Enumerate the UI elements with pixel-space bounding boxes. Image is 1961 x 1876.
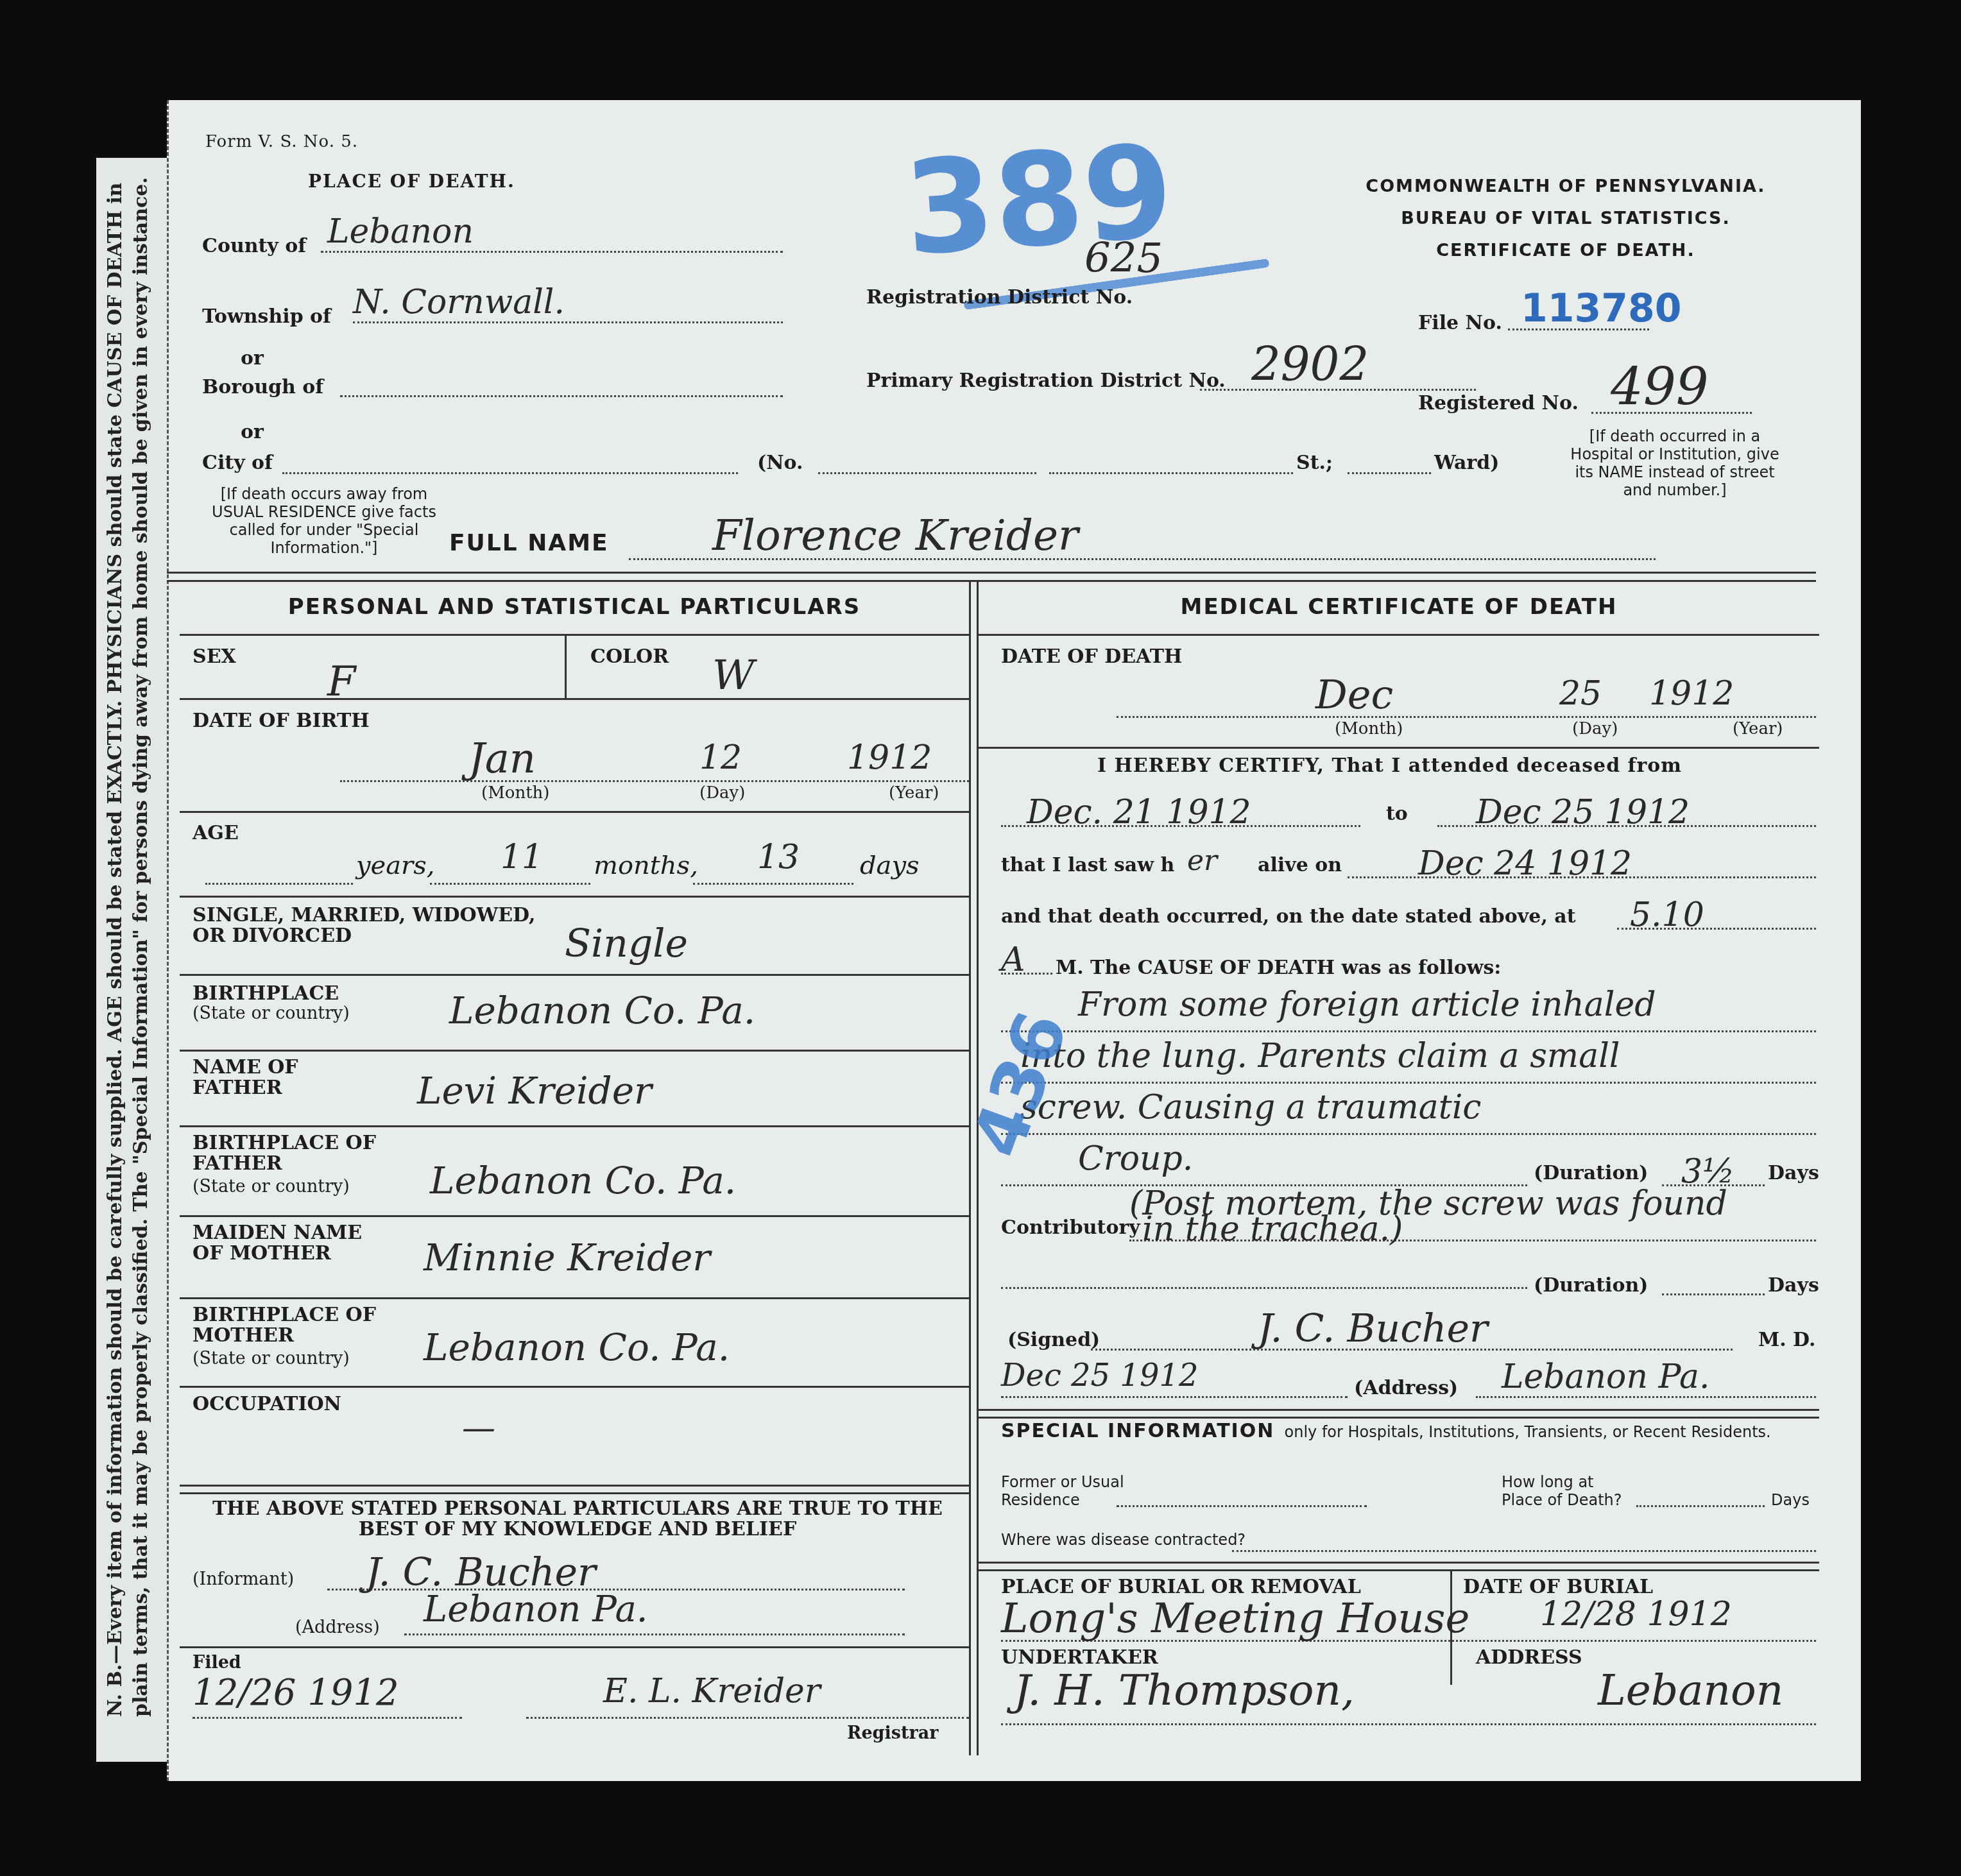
am-pm-field: A (1001, 941, 1052, 975)
cause-line-1-text: From some foreign article inhaled (1078, 985, 1656, 1024)
row-rule (180, 974, 969, 976)
section-divider-top-2 (167, 580, 1816, 582)
registration-district-label: Registration District No. (866, 286, 1133, 309)
how-long-label: How long at Place of Death? (1502, 1473, 1630, 1509)
street-number-field (818, 459, 1036, 474)
to-word: to (1386, 803, 1408, 825)
usual-residence-note: [If death occurs away from USUAL RESIDEN… (202, 485, 446, 557)
cause-line-3: screw. Causing a traumatic (1001, 1088, 1816, 1135)
column-divider (969, 581, 971, 1755)
age-years-word: years, (356, 851, 434, 880)
registrar-value: E. L. Kreider (603, 1672, 821, 1710)
row-rule (180, 1215, 969, 1217)
dob-month-caption: (Month) (481, 783, 550, 803)
dod-day-caption: (Day) (1572, 719, 1618, 738)
date-of-death-label: DATE OF DEATH (1001, 645, 1182, 668)
how-long-field (1636, 1492, 1765, 1507)
row-rule (180, 1297, 969, 1299)
full-name-field: Florence Kreider (629, 511, 1656, 560)
dod-day: 25 (1559, 674, 1602, 713)
attended-from-field: Dec. 21 1912 (1001, 793, 1360, 827)
row-rule (180, 1125, 969, 1127)
undertaker-row: J. H. Thompson, Lebanon (1001, 1666, 1816, 1725)
cause-line-4: Croup. (1001, 1139, 1527, 1186)
cause-line-3-text: screw. Causing a traumatic (1020, 1088, 1481, 1127)
authority-line-2: BUREAU OF VITAL STATISTICS. (1277, 203, 1854, 235)
birthplace-value: Lebanon Co. Pa. (449, 989, 755, 1032)
last-saw-date-value: Dec 24 1912 (1418, 844, 1632, 883)
full-name-label: FULL NAME (449, 530, 609, 556)
burial-date-value: 12/28 1912 (1540, 1595, 1732, 1633)
primary-district-field: 2902 (1200, 337, 1476, 391)
filed-value: 12/26 1912 (193, 1672, 399, 1714)
registered-number-field: 499 (1591, 357, 1752, 414)
dob-label: DATE OF BIRTH (193, 710, 370, 732)
birthplace-sub: (State or country) (193, 1003, 350, 1023)
full-name-value: Florence Kreider (712, 511, 1079, 560)
disease-contracted-label: Where was disease contracted? (1001, 1531, 1246, 1549)
cause-intro: M. The CAUSE OF DEATH was as follows: (1056, 957, 1501, 979)
registrar-label: Registrar (847, 1723, 938, 1743)
cause-line-1: From some foreign article inhaled (1001, 985, 1816, 1032)
marital-status-value: Single (565, 921, 688, 966)
primary-district-value: 2902 (1251, 337, 1369, 391)
attended-to-field: Dec 25 1912 (1437, 793, 1816, 827)
registration-district-value: 625 (1084, 235, 1163, 282)
personal-heading: PERSONAL AND STATISTICAL PARTICULARS (180, 594, 969, 620)
filed-label: Filed (193, 1653, 241, 1673)
father-birthplace-label: BIRTHPLACE OF FATHER (193, 1133, 385, 1174)
dod-month-caption: (Month) (1335, 719, 1403, 738)
dod-year: 1912 (1649, 674, 1734, 713)
signed-date-field: Dec 25 1912 (1001, 1358, 1348, 1398)
section-divider-top (167, 572, 1816, 574)
row-rule (979, 1562, 1819, 1564)
street-name-field (1049, 459, 1293, 474)
township-field: N. Cornwall. (353, 283, 783, 323)
time-of-death-value: 5.10 (1630, 896, 1704, 934)
undertaker-address-value: Lebanon (1598, 1666, 1783, 1715)
contributory-field: in the trachea.) (1129, 1197, 1816, 1241)
row-rule (979, 634, 1819, 636)
cause-line-2: into the lung. Parents claim a small (1001, 1037, 1816, 1084)
certify-text: I HEREBY CERTIFY, That I attended deceas… (1097, 755, 1682, 777)
age-years-field (205, 876, 353, 885)
birthplace-label: BIRTHPLACE (193, 982, 339, 1005)
margin-instructions: N. B.—Every item of information should b… (103, 126, 154, 1717)
row-rule (180, 1050, 969, 1052)
place-of-death-heading: PLACE OF DEATH. (308, 171, 515, 192)
alive-on-label: alive on (1258, 854, 1342, 876)
age-days-field (693, 876, 853, 885)
city-field (282, 459, 738, 474)
duration-days-label: Days (1768, 1162, 1819, 1184)
dod-year-caption: (Year) (1733, 719, 1783, 738)
age-days-word: days (860, 851, 920, 880)
informant-attestation: THE ABOVE STATED PERSONAL PARTICULARS AR… (193, 1499, 963, 1540)
age-months-word: months, (594, 851, 698, 880)
age-months-field (430, 876, 590, 885)
last-saw-label: that I last saw h (1001, 854, 1174, 876)
physician-address-field: Lebanon Pa. (1476, 1358, 1816, 1398)
filed-field: 12/26 1912 (193, 1672, 462, 1719)
md-label: M. D. (1758, 1329, 1816, 1351)
contributory-duration-label: (Duration) (1534, 1274, 1648, 1297)
mother-maiden-name-value: Minnie Kreider (424, 1236, 710, 1279)
signed-date-value: Dec 25 1912 (1001, 1358, 1199, 1394)
county-field: Lebanon (321, 212, 783, 253)
county-label: County of (202, 235, 306, 257)
father-birthplace-sub: (State or country) (193, 1177, 350, 1197)
dob-year-caption: (Year) (889, 783, 939, 803)
contributory-days-label: Days (1768, 1274, 1819, 1297)
registered-number-label: Registered No. (1418, 392, 1579, 414)
mother-birthplace-sub: (State or country) (193, 1349, 350, 1369)
or-separator-1: or (241, 347, 264, 370)
dob-year: 1912 (847, 738, 932, 777)
row-rule (979, 1569, 1819, 1571)
cause-line-2-text: into the lung. Parents claim a small (1020, 1037, 1620, 1075)
physician-address-value: Lebanon Pa. (1502, 1358, 1710, 1396)
contributory-line-blank (1001, 1255, 1527, 1289)
dob-day: 12 (699, 738, 742, 777)
registrar-field: E. L. Kreider (526, 1672, 969, 1719)
dob-month: Jan (468, 735, 536, 783)
special-information-heading: SPECIAL INFORMATION (1001, 1420, 1274, 1442)
attended-to-value: Dec 25 1912 (1476, 793, 1690, 831)
age-days-value: 13 (757, 838, 800, 876)
contributory-line-2: in the trachea.) (1142, 1210, 1403, 1249)
dob-day-caption: (Day) (699, 783, 745, 803)
row-rule (180, 1485, 969, 1487)
hospital-note: [If death occurred in a Hospital or Inst… (1559, 427, 1790, 499)
row-rule (979, 1409, 1819, 1411)
perforation-line (167, 100, 171, 1781)
how-long-days-label: Days (1771, 1491, 1810, 1509)
mother-birthplace-label: BIRTHPLACE OF MOTHER (193, 1305, 385, 1346)
age-months-value: 11 (501, 838, 543, 876)
township-value: N. Cornwall. (353, 283, 565, 321)
occupation-label: OCCUPATION (193, 1393, 341, 1415)
undertaker-value: J. H. Thompson, (1014, 1666, 1355, 1715)
issuing-authority: COMMONWEALTH OF PENNSYLVANIA. BUREAU OF … (1277, 171, 1854, 267)
borough-label: Borough of (202, 376, 323, 398)
informant-address-field: Lebanon Pa. (404, 1589, 905, 1635)
death-occurred-text: and that death occurred, on the date sta… (1001, 905, 1576, 928)
mother-maiden-name-label: MAIDEN NAME OF MOTHER (193, 1223, 398, 1264)
row-rule (180, 1646, 969, 1648)
last-saw-date-field: Dec 24 1912 (1348, 844, 1816, 878)
informant-field: J. C. Bucher (327, 1550, 905, 1590)
signature-field: J. C. Bucher (1091, 1306, 1733, 1351)
row-rule (180, 1492, 969, 1494)
file-number-value: 113780 (1521, 286, 1682, 331)
duration-label: (Duration) (1534, 1162, 1648, 1184)
row-rule (180, 698, 969, 700)
row-rule (180, 634, 969, 636)
attended-from-value: Dec. 21 1912 (1027, 793, 1251, 831)
contributory-label: Contributory (1001, 1216, 1140, 1239)
row-rule (180, 896, 969, 898)
disease-contracted-field (1232, 1537, 1816, 1552)
burial-place-value: Long's Meeting House (1001, 1595, 1469, 1642)
age-label: AGE (193, 822, 239, 844)
file-number-field: 113780 (1508, 286, 1649, 330)
burial-row: Long's Meeting House 12/28 1912 (1001, 1595, 1816, 1642)
former-residence-label: Former or Usual Residence (1001, 1473, 1129, 1509)
contributory-duration-field (1662, 1268, 1765, 1295)
primary-district-label: Primary Registration District No. (866, 370, 1226, 392)
medical-heading: MEDICAL CERTIFICATE OF DEATH (979, 594, 1819, 620)
time-of-death-field: 5.10 (1617, 896, 1816, 930)
occupation-value: — (462, 1409, 495, 1447)
file-number-label: File No. (1418, 312, 1502, 334)
father-name-value: Levi Kreider (417, 1069, 652, 1113)
authority-line-1: COMMONWEALTH OF PENNSYLVANIA. (1277, 171, 1854, 203)
sex-label: SEX (193, 645, 236, 668)
registered-number-value: 499 (1611, 357, 1709, 416)
sex-color-divider (565, 634, 567, 698)
father-name-label: NAME OF FATHER (193, 1057, 359, 1098)
city-label: City of (202, 452, 273, 474)
signed-label: (Signed) (1007, 1329, 1100, 1351)
street-label: St.; (1296, 452, 1333, 474)
signature-value: J. C. Bucher (1258, 1306, 1488, 1351)
county-value: Lebanon (327, 212, 474, 251)
dod-month: Dec (1315, 671, 1393, 718)
ward-field (1348, 459, 1431, 474)
physician-address-label: (Address) (1354, 1377, 1458, 1399)
row-rule (180, 1386, 969, 1388)
death-certificate: N. B.—Every item of information should b… (167, 100, 1861, 1781)
cause-line-4-text: Croup. (1078, 1139, 1193, 1178)
color-value: W (712, 652, 755, 699)
marital-status-label: SINGLE, MARRIED, WIDOWED, OR DIVORCED (193, 905, 552, 946)
color-label: COLOR (590, 645, 669, 668)
township-label: Township of (202, 305, 331, 328)
informant-label: (Informant) (193, 1569, 294, 1589)
am-pm-value: A (1001, 941, 1025, 979)
duration-field: 3½ (1662, 1152, 1765, 1186)
row-rule (979, 747, 1819, 749)
informant-address-label: (Address) (295, 1617, 380, 1637)
borough-field (340, 370, 783, 397)
or-separator-2: or (241, 421, 264, 443)
last-saw-pronoun: er (1187, 844, 1217, 877)
street-number-label: (No. (757, 452, 803, 474)
ward-label: Ward) (1434, 452, 1500, 474)
father-birthplace-value: Lebanon Co. Pa. (430, 1159, 736, 1202)
informant-address-value: Lebanon Pa. (424, 1589, 648, 1630)
special-information-note: only for Hospitals, Institutions, Transi… (1284, 1423, 1770, 1441)
former-residence-field (1117, 1492, 1367, 1507)
special-information-header: SPECIAL INFORMATION only for Hospitals, … (1001, 1422, 1810, 1444)
mother-birthplace-value: Lebanon Co. Pa. (424, 1326, 730, 1369)
column-divider-2 (977, 581, 979, 1755)
row-rule (180, 811, 969, 813)
form-number: Form V. S. No. 5. (205, 132, 358, 151)
row-rule (979, 1417, 1819, 1419)
authority-line-3: CERTIFICATE OF DEATH. (1277, 235, 1854, 267)
